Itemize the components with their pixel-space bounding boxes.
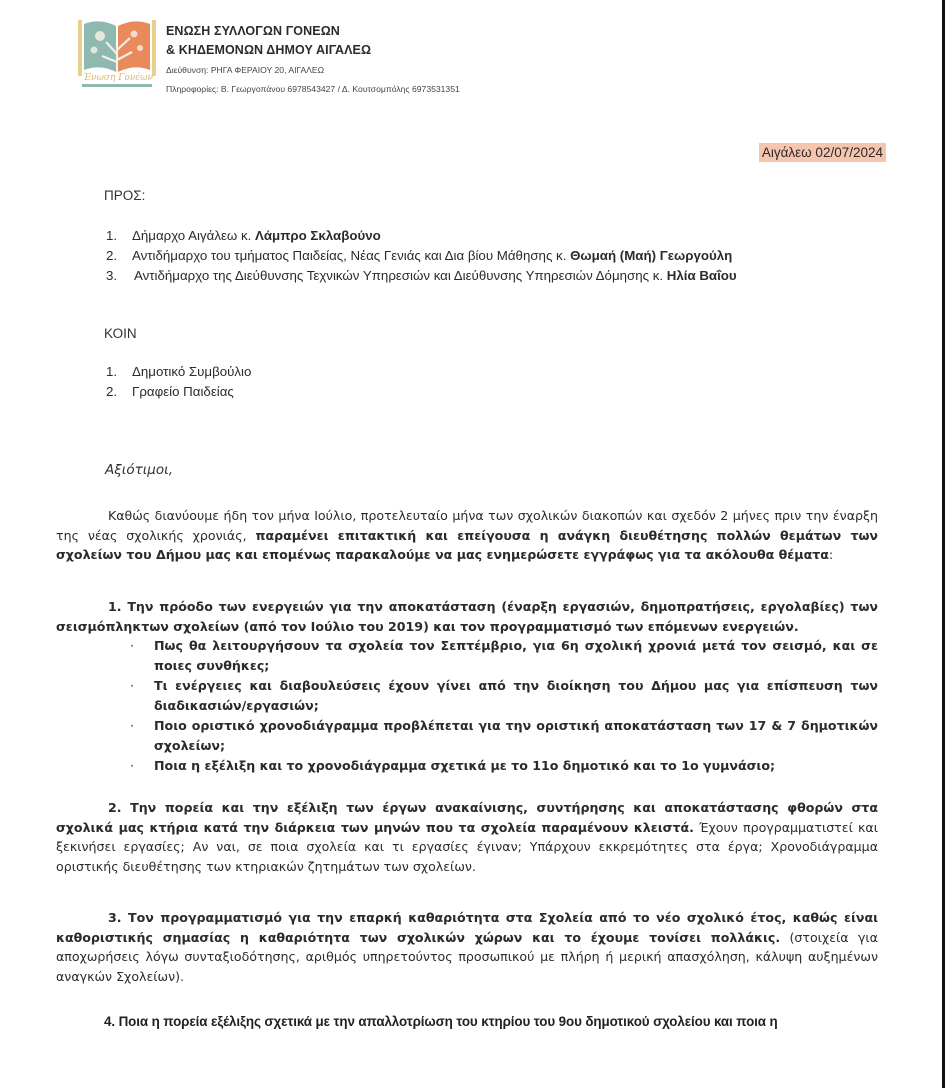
point-1-bullets: Πως θα λειτουργήσουν τα σχολεία τον Σεπτ… (120, 636, 878, 777)
recipient-item: 1.Δήμαρχο Αιγάλεω κ. Λάμπρο Σκλαβούνο (106, 226, 737, 246)
recipients-list: 1.Δήμαρχο Αιγάλεω κ. Λάμπρο Σκλαβούνο 2.… (106, 226, 737, 286)
recipient-item: 2.Αντιδήμαρχο του τμήματος Παιδείας, Νέα… (106, 246, 737, 266)
salutation: Αξιότιμοι, (105, 462, 173, 478)
cc-list: 1.Δημοτικό Συμβούλιο 2.Γραφείο Παιδείας (106, 362, 251, 402)
logo-caption: Ένωση Γονέων (78, 73, 158, 83)
bullet-item: Ποια η εξέλιξη και το χρονοδιάγραμμα σχε… (120, 756, 878, 776)
organization-header: ΕΝΩΣΗ ΣΥΛΛΟΓΩΝ ΓΟΝΕΩΝ & ΚΗΔΕΜΟΝΩΝ ΔΗΜΟΥ … (166, 22, 460, 95)
cc-item: 1.Δημοτικό Συμβούλιο (106, 362, 251, 382)
recipients-label: ΠΡΟΣ: (104, 188, 145, 203)
bullet-item: Πως θα λειτουργήσουν τα σχολεία τον Σεπτ… (120, 636, 878, 675)
point-2: 2. Την πορεία και την εξέλιξη των έργων … (56, 798, 878, 876)
point-4: 4. Ποια η πορεία εξέλιξης σχετικά με την… (104, 1014, 778, 1029)
org-contact-info: Πληροφορίες: Β. Γεωργοπάνου 6978543427 /… (166, 83, 460, 95)
cc-item: 2.Γραφείο Παιδείας (106, 382, 251, 402)
letter-page: Ένωση Γονέων ΕΝΩΣΗ ΣΥΛΛΟΓΩΝ ΓΟΝΕΩΝ & ΚΗΔ… (0, 0, 942, 1088)
org-name-line1: ΕΝΩΣΗ ΣΥΛΛΟΓΩΝ ΓΟΝΕΩΝ (166, 22, 460, 41)
point-3: 3. Τον προγραμματισμό για την επαρκή καθ… (56, 908, 878, 986)
intro-paragraph: Καθώς διανύουμε ήδη τον μήνα Ιούλιο, προ… (56, 506, 878, 565)
org-name-line2: & ΚΗΔΕΜΟΝΩΝ ΔΗΜΟΥ ΑΙΓΑΛΕΩ (166, 41, 460, 60)
cc-label: ΚΟΙΝ (104, 326, 137, 341)
recipient-item: 3.Αντιδήμαρχο της Διεύθυνσης Τεχνικών Υπ… (106, 266, 737, 286)
bullet-item: Τι ενέργειες και διαβουλεύσεις έχουν γίν… (120, 676, 878, 715)
point-1: 1. Την πρόοδο των ενεργειών για την αποκ… (56, 597, 878, 636)
letter-date: Αιγάλεω 02/07/2024 (759, 143, 886, 162)
bullet-item: Ποιο οριστικό χρονοδιάγραμμα προβλέπεται… (120, 716, 878, 755)
org-address: Διεύθυνση: ΡΗΓΑ ΦΕΡΑΙΟΥ 20, ΑΙΓΑΛΕΩ (166, 64, 460, 76)
